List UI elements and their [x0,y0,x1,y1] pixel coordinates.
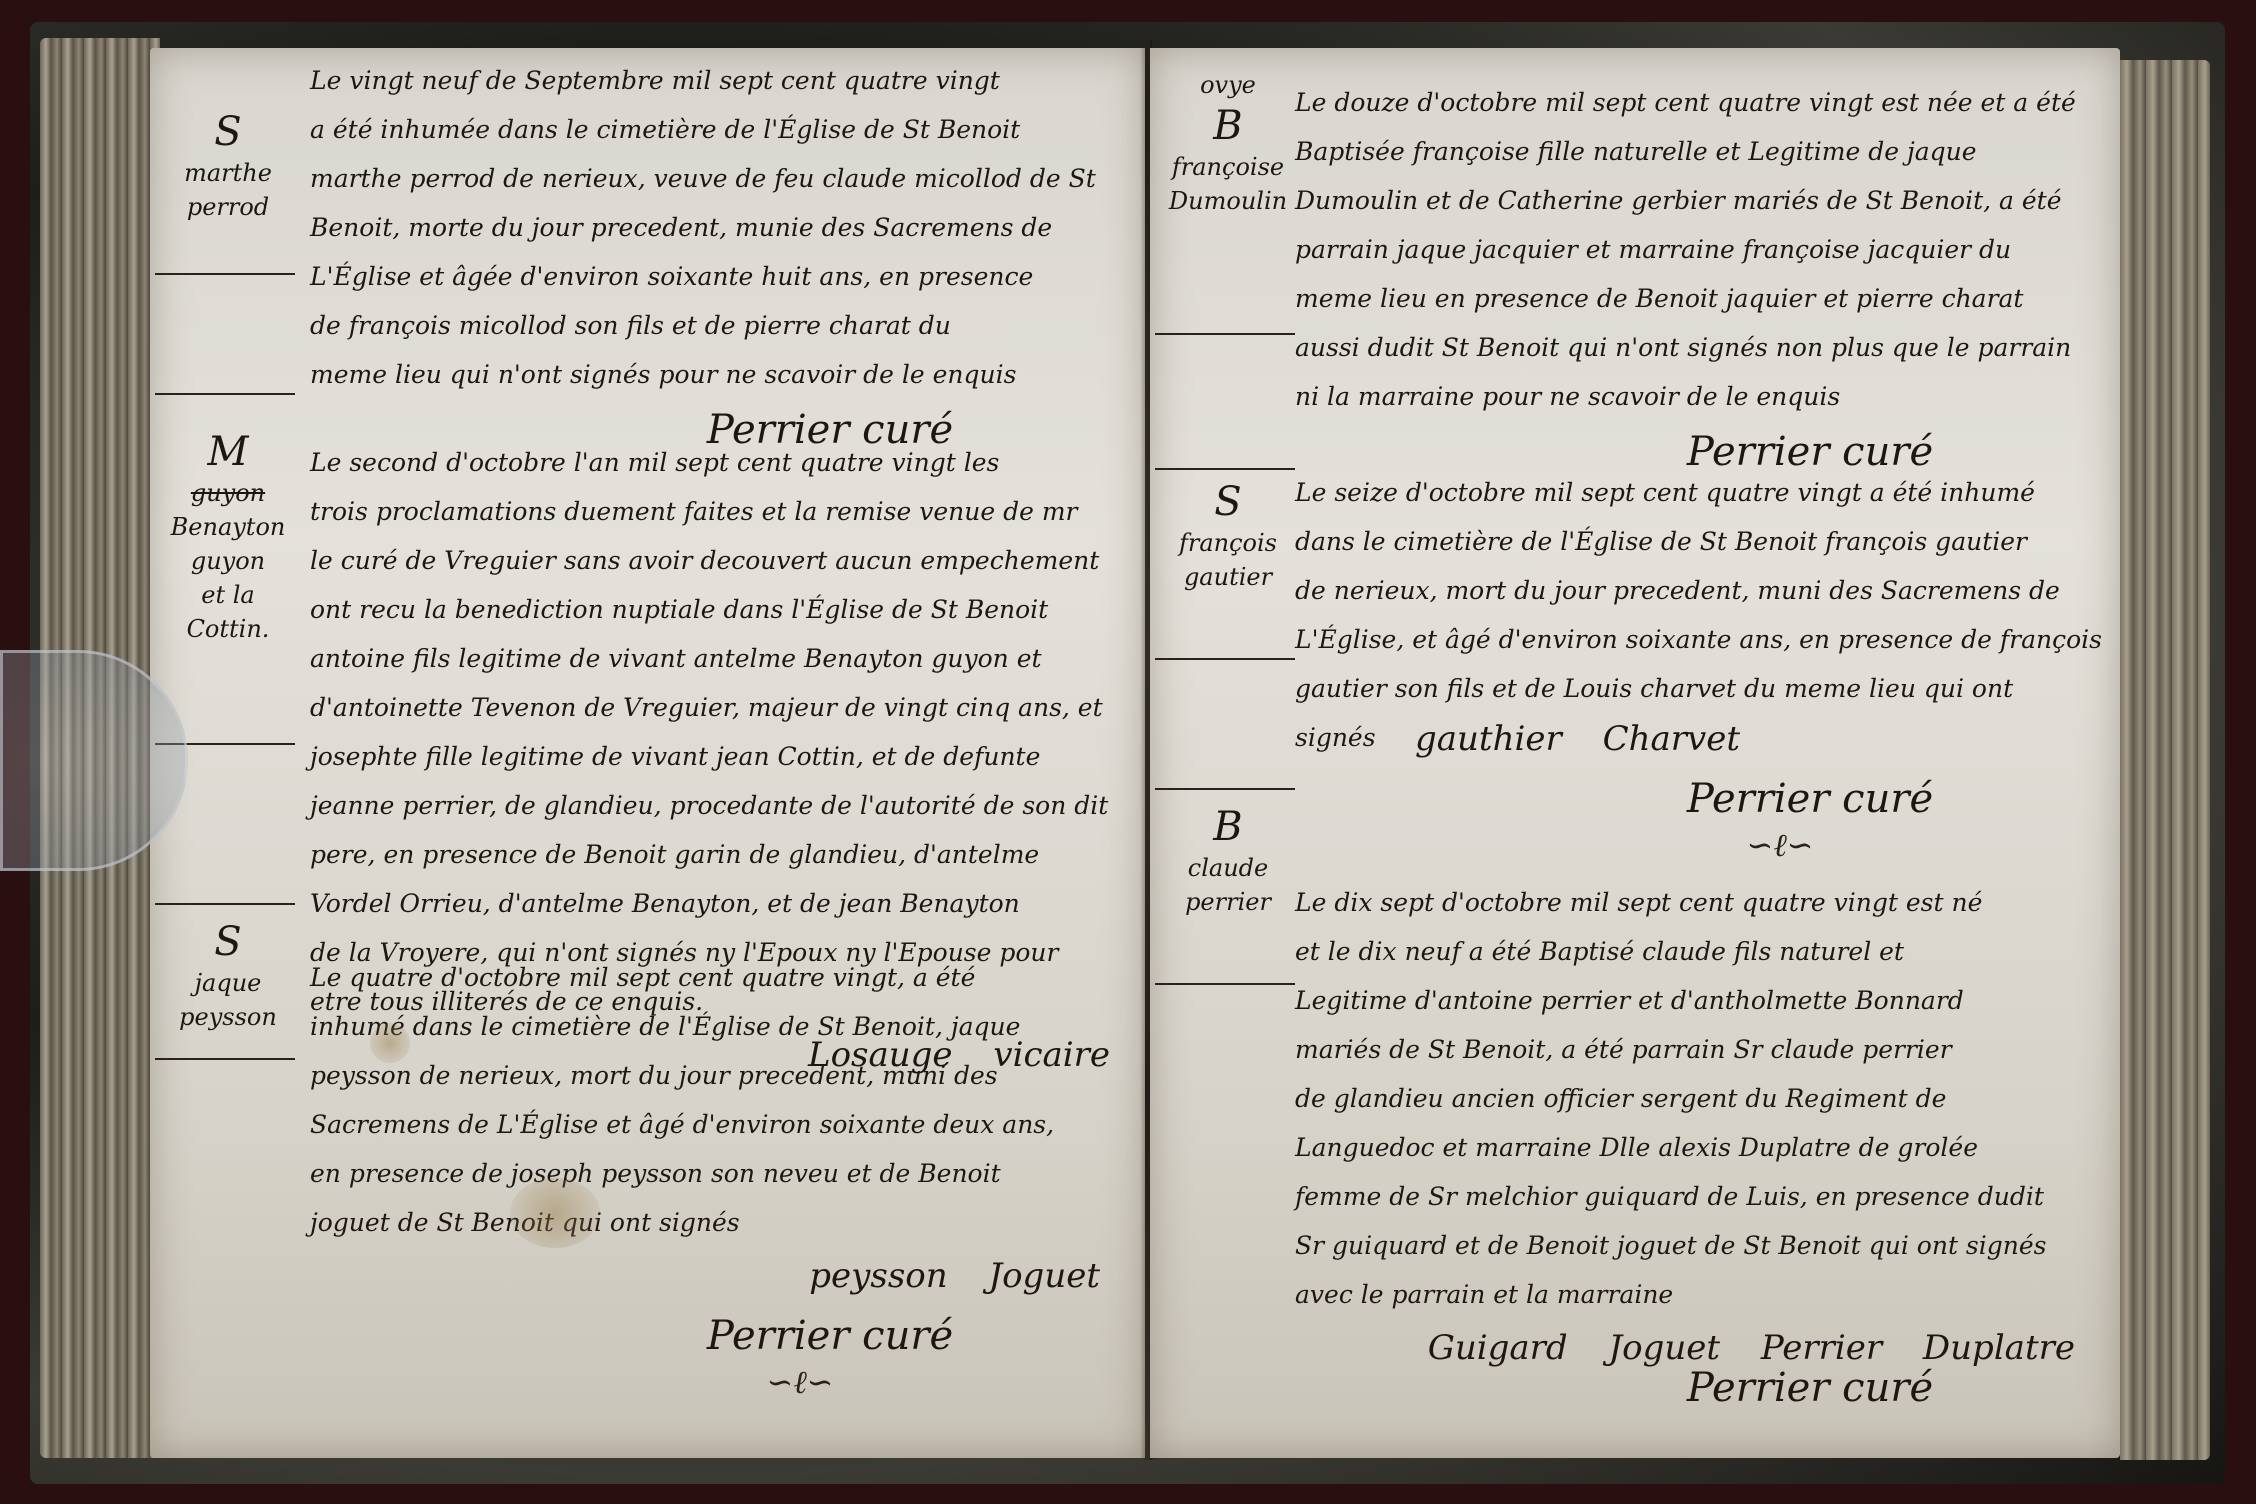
left-entries: Le vingt neuf de Septembre mil sept cent… [310,48,1130,1458]
margin-divider [155,273,295,275]
margin-divider [1155,468,1295,470]
margin-letter: B [1158,102,1298,150]
margin-divider [1155,333,1295,335]
right-entries: Le douze d'octobre mil sept cent quatre … [1295,48,2105,1458]
margin-name: Dumoulin [1158,184,1298,218]
margin-note-3: S jaque peysson [158,918,298,1034]
margin-divider [1155,788,1295,790]
cure-signature: Perrier curé [310,1305,1130,1367]
entry-text: Le vingt neuf de Septembre mil sept cent… [310,56,1130,399]
margin-name: Benayton [158,510,298,544]
margin-name: peysson [158,1000,298,1034]
margin-name: jaque [158,966,298,1000]
margin-name: françoise [1158,150,1298,184]
margin-name: Cottin. [158,612,298,646]
right-page-edges [2120,60,2210,1460]
witness-signatures: peysson Joguet [310,1247,1130,1305]
margin-divider [155,393,295,395]
right-margin-column: ovye B françoise Dumoulin S françois gau… [1150,48,1290,1458]
margin-name: françois [1158,526,1298,560]
margin-note-1: ovye B françoise Dumoulin [1158,68,1298,218]
margin-note-1: S marthe perrod [158,108,298,224]
margin-note-3: B claude perrier [1158,803,1298,919]
register-entry-burial-francois-gautier: Le seize d'octobre mil sept cent quatre … [1295,468,2105,860]
margin-letter: S [158,918,298,966]
entry-text: Le second d'octobre l'an mil sept cent q… [310,438,1130,1026]
margin-struck-name: guyon [158,476,298,510]
margin-letter: M [158,428,298,476]
margin-name: perrod [158,190,298,224]
entry-text: Le dix sept d'octobre mil sept cent quat… [1295,878,2105,1319]
entry-text: Le douze d'octobre mil sept cent quatre … [1295,78,2105,421]
margin-top-note: ovye [1158,68,1298,102]
ink-stain [370,1023,410,1063]
cure-signature: Perrier curé [1295,768,2105,830]
margin-name: guyon [158,544,298,578]
margin-divider [1155,658,1295,660]
margin-note-2: M guyon Benayton guyon et la Cottin. [158,428,298,646]
margin-letter: B [1158,803,1298,851]
register-entry-baptism-claude-perrier: Le dix sept d'octobre mil sept cent quat… [1295,878,2105,1419]
margin-name: marthe [158,156,298,190]
signature: gauthier [1415,719,1562,759]
margin-divider [1155,983,1295,985]
margin-divider [155,1058,295,1060]
register-entry-burial-marthe-perrod: Le vingt neuf de Septembre mil sept cent… [310,56,1130,461]
signature: Charvet [1603,719,1740,759]
witness-signatures: gauthier Charvet [1295,710,2105,768]
margin-name: gautier [1158,560,1298,594]
flourish-ornament: ∽ℓ∽ [1295,830,2105,860]
signature: peysson [809,1256,947,1296]
left-page: S marthe perrod M guyon Benayton guyon e… [150,48,1145,1458]
signature: Joguet [988,1256,1100,1296]
register-entry-burial-jaque-peysson: Le quatre d'octobre mil sept cent quatre… [310,953,1130,1397]
margin-divider [155,903,295,905]
margin-name: perrier [1158,885,1298,919]
margin-note-2: S françois gautier [1158,478,1298,594]
water-stain [510,1178,600,1248]
right-page: ovye B françoise Dumoulin S françois gau… [1150,48,2120,1458]
entry-text: Le quatre d'octobre mil sept cent quatre… [310,953,1130,1247]
signature: Guigard [1428,1328,1568,1368]
margin-letter: S [158,108,298,156]
flourish-ornament: ∽ℓ∽ [310,1367,1130,1397]
signature: Duplatre [1923,1328,2075,1368]
margin-name: claude [1158,851,1298,885]
margin-letter: S [1158,478,1298,526]
register-entry-baptism-francoise-dumoulin: Le douze d'octobre mil sept cent quatre … [1295,78,2105,483]
margin-name: et la [158,578,298,612]
